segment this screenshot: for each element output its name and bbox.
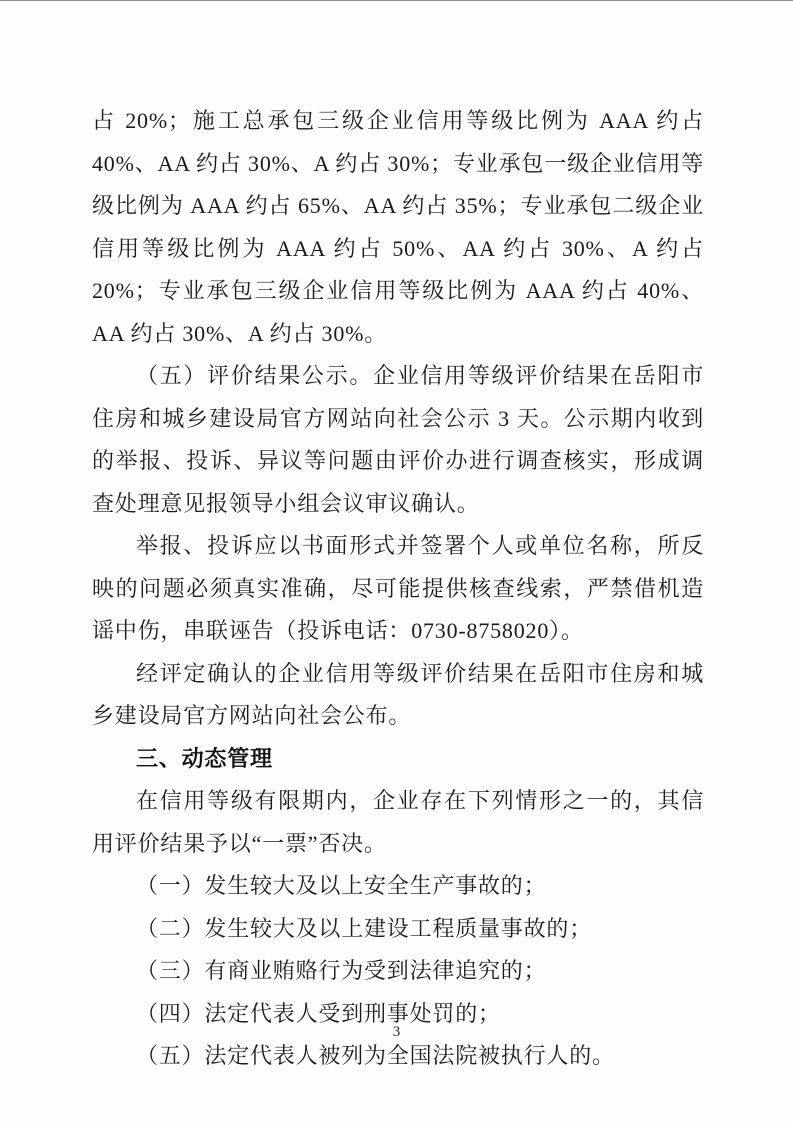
body-paragraph-complaint-rules: 举报、投诉应以书面形式并签署个人或单位名称，所反映的问题必须真实准确，尽可能提供… [92,525,704,653]
document-body: 占 20%；施工总承包三级企业信用等级比例为 AAA 约占 40%、AA 约占 … [92,100,704,1078]
document-page: 占 20%；施工总承包三级企业信用等级比例为 AAA 约占 40%、AA 约占 … [0,0,793,1122]
body-paragraph-veto-intro: 在信用等级有限期内，企业存在下列情形之一的，其信用评价结果予以“一票”否决。 [92,780,704,865]
section-heading-dynamic-management: 三、动态管理 [92,738,704,781]
body-paragraph-result-publicity: （五）评价结果公示。企业信用等级评价结果在岳阳市住房和城乡建设局官方网站向社会公… [92,355,704,525]
list-item-3: （三）有商业贿赂行为受到法律追究的； [92,950,704,993]
scan-edge-line [0,0,793,1]
body-paragraph-credit-ratios: 占 20%；施工总承包三级企业信用等级比例为 AAA 约占 40%、AA 约占 … [92,100,704,355]
list-item-2: （二）发生较大及以上建设工程质量事故的； [92,908,704,951]
page-number: 3 [0,1024,793,1041]
body-paragraph-final-publication: 经评定确认的企业信用等级评价结果在岳阳市住房和城乡建设局官方网站向社会公布。 [92,653,704,738]
list-item-5: （五）法定代表人被列为全国法院被执行人的。 [92,1035,704,1078]
list-item-1: （一）发生较大及以上安全生产事故的； [92,865,704,908]
